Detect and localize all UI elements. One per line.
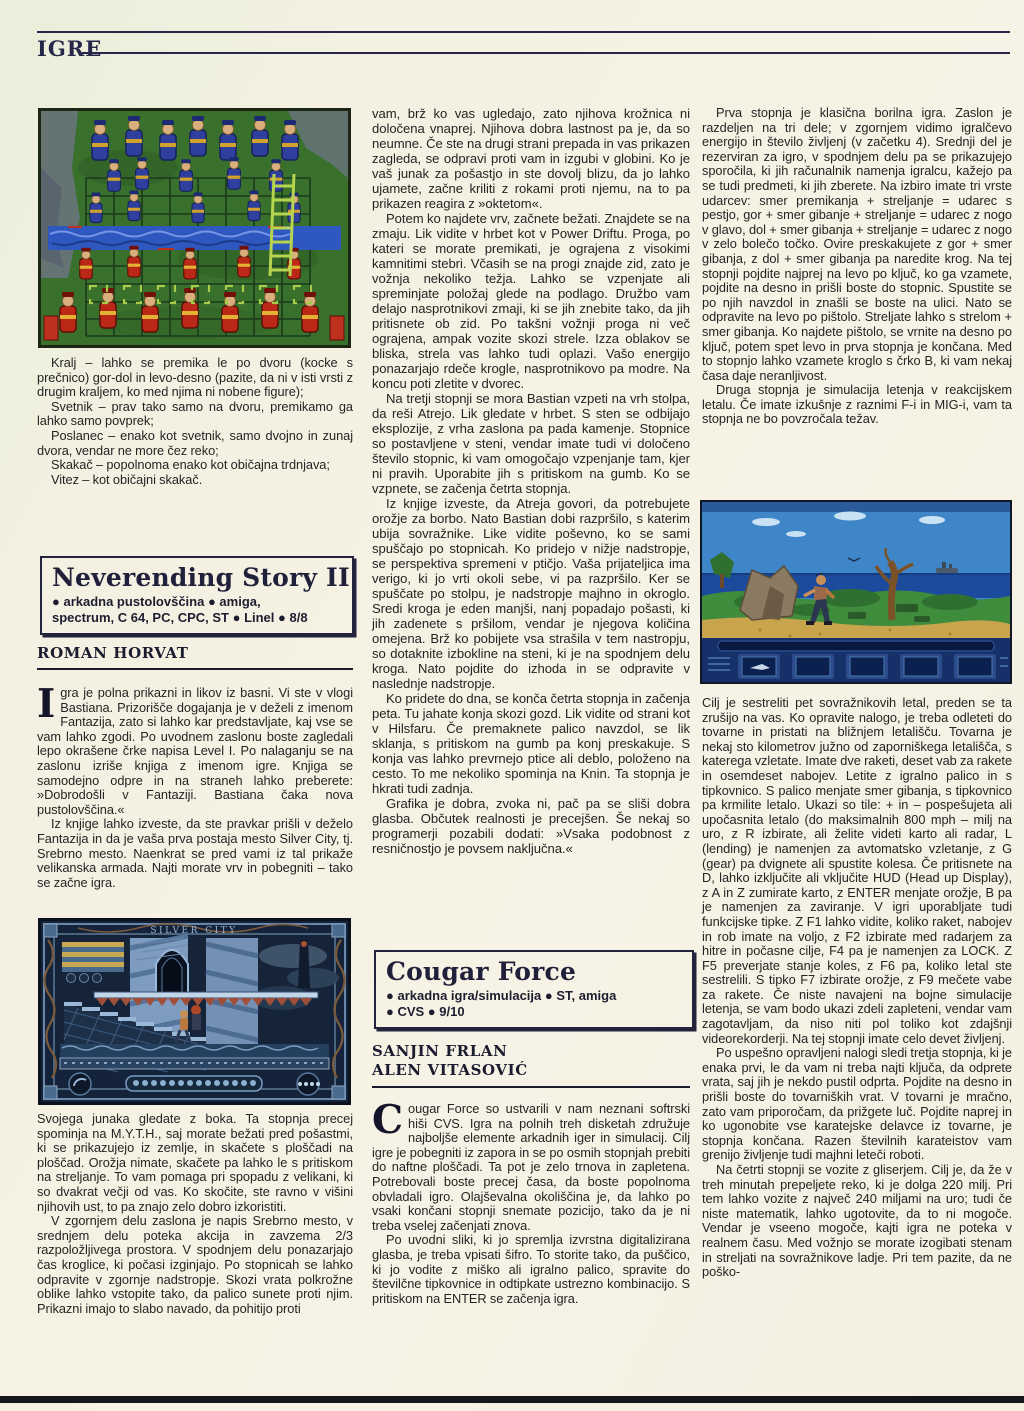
nes-bottom-text: Svojega junaka gledate z boka. Ta stopnj… <box>37 1112 353 1316</box>
game-info-box-cougar: Cougar Force ● arkadna igra/simulacija ●… <box>374 950 694 1029</box>
byline-rule <box>372 1086 690 1088</box>
article-paragraph: Iz knjige izveste, da Atreja govori, da … <box>372 496 690 691</box>
author-byline: ROMAN HORVAT <box>37 644 189 663</box>
article-paragraph: Na tretji stopnji se mora Bastian vzpeti… <box>372 391 690 496</box>
article-paragraph: Po uspešno opravljeni nalogi sledi tretj… <box>702 1046 1012 1163</box>
nes-col2-text: vam, brž ko vas ugledajo, zato njihova k… <box>372 106 690 856</box>
header-rule <box>82 52 1010 54</box>
article-paragraph: Kralj – lahko se premika le po dvoru (ko… <box>37 356 353 400</box>
cougar-col3-bottom-text: Cilj je sestreliti pet sovražnikovih let… <box>702 696 1012 1280</box>
chess-rules-text: Kralj – lahko se premika le po dvoru (ko… <box>37 356 353 487</box>
article-paragraph: Cilj je sestreliti pet sovražnikovih let… <box>702 696 1012 1046</box>
cougar-col3-top-text: Prva stopnja je klasična borilna igra. Z… <box>702 106 1012 427</box>
game-specs-line1: ● arkadna pustolovščina ● amiga, <box>52 594 342 610</box>
article-paragraph: Igra je polna prikazni in likov iz basni… <box>37 686 353 817</box>
game-info-box-neverending: Neverending Story II ● arkadna pustolovš… <box>40 556 354 635</box>
article-paragraph: Na četrti stopnji se vozite z gliserjem.… <box>702 1163 1012 1280</box>
magazine-page: IGRE <box>0 0 1024 1411</box>
game-title: Neverending Story II <box>52 563 342 592</box>
dropcap-letter: C <box>372 1102 408 1135</box>
dropcap-letter: I <box>37 686 60 719</box>
article-paragraph: vam, brž ko vas ugledajo, zato njihova k… <box>372 106 690 211</box>
cougar-intro-text: Cougar Force so ustvarili v nam neznani … <box>372 1102 690 1306</box>
author-name: ALEN VITASOVIĆ <box>372 1061 528 1080</box>
article-paragraph: V zgornjem delu zaslona je napis Srebrno… <box>37 1214 353 1316</box>
article-paragraph: Skakač – popolnoma enako kot običajna tr… <box>37 458 353 473</box>
author-byline: SANJIN FRLAN ALEN VITASOVIĆ <box>372 1042 528 1080</box>
article-paragraph: Cougar Force so ustvarili v nam neznani … <box>372 1102 690 1233</box>
article-paragraph: Vitez – kot običajni skakač. <box>37 473 353 488</box>
article-paragraph: Svojega junaka gledate z boka. Ta stopnj… <box>37 1112 353 1214</box>
game-specs-line2: spectrum, C 64, PC, CPC, ST ● Linel ● 8/… <box>52 610 342 626</box>
game-specs-line2: ● CVS ● 9/10 <box>386 1004 682 1020</box>
article-paragraph: Prva stopnja je klasična borilna igra. Z… <box>702 106 1012 383</box>
article-paragraph: Poslanec – enako kot svetnik, samo dvojn… <box>37 429 353 458</box>
game-title: Cougar Force <box>386 957 682 986</box>
silver-city-title: SILVER CITY <box>150 926 237 936</box>
byline-rule <box>37 668 353 670</box>
screenshot-battle-chess <box>38 108 351 348</box>
article-paragraph: Druga stopnja je simulacija letenja v re… <box>702 383 1012 427</box>
article-paragraph: Grafika je dobra, zvoka ni, pač pa se sl… <box>372 796 690 856</box>
nes-intro-text: Igra je polna prikazni in likov iz basni… <box>37 686 353 890</box>
article-paragraph: Svetnik – prav tako samo na dvoru, premi… <box>37 400 353 429</box>
header-top-rule <box>37 31 1010 33</box>
screenshot-silver-city: SILVER CITY <box>38 918 351 1105</box>
article-paragraph: Ko pridete do dna, se konča četrta stopn… <box>372 691 690 796</box>
article-paragraph: Iz knjige lahko izveste, da ste pravkar … <box>37 817 353 890</box>
article-paragraph: Po uvodni sliki, ki jo spremlja izvrstna… <box>372 1233 690 1306</box>
section-label: IGRE <box>37 36 102 61</box>
article-paragraph: Potem ko najdete vrv, začnete bežati. Zn… <box>372 211 690 391</box>
screenshot-cougar-beach <box>700 500 1012 684</box>
author-name: SANJIN FRLAN <box>372 1042 528 1061</box>
page-bottom-rule <box>0 1396 1024 1403</box>
game-specs-line1: ● arkadna igra/simulacija ● ST, amiga <box>386 988 682 1004</box>
